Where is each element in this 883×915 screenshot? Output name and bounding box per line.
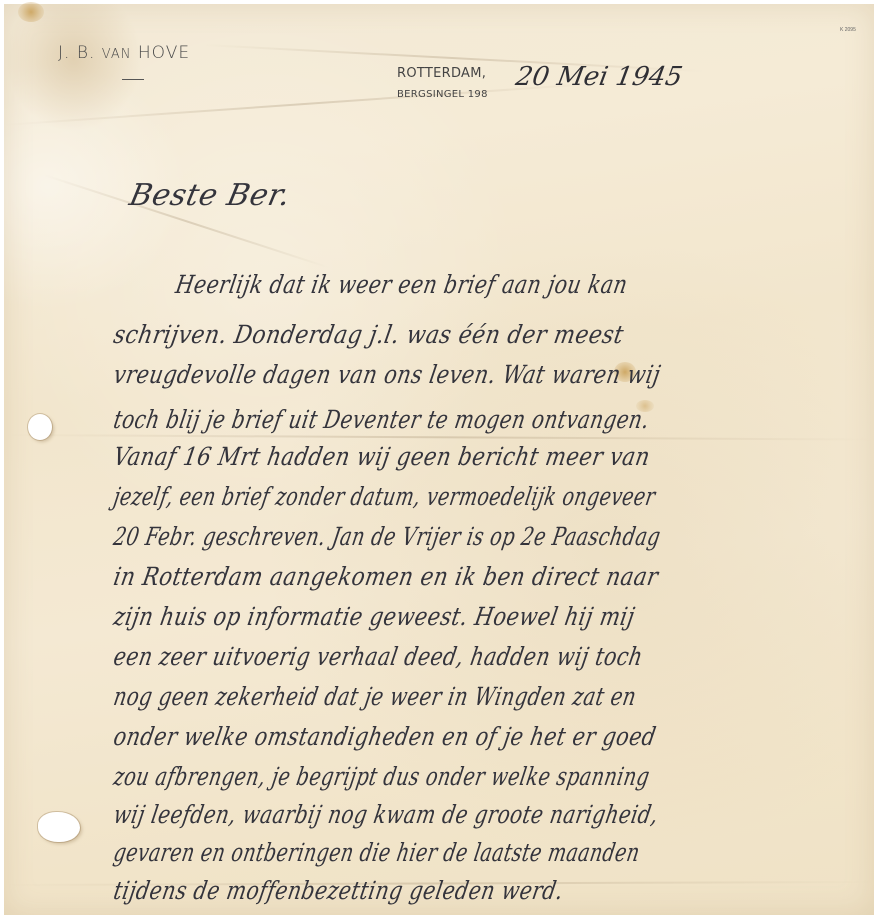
paper-stain <box>18 2 44 22</box>
letterhead-divider <box>122 79 144 80</box>
body-line: 20 Febr. geschreven. Jan de Vrijer is op… <box>111 522 662 551</box>
body-line: onder welke omstandigheden en of je het … <box>111 722 658 751</box>
body-line: schrijven. Donderdag j.l. was één der me… <box>111 320 626 349</box>
body-line: zou afbrengen, je begrijpt dus onder wel… <box>111 762 652 791</box>
body-line: wij leefden, waarbij nog kwam de groote … <box>111 800 660 829</box>
letterhead-name: J. B. VAN HOVE <box>58 43 190 63</box>
body-line: jezelf, een brief zonder datum, vermoede… <box>111 482 657 511</box>
salutation: Beste Ber. <box>126 178 293 213</box>
paper-crease <box>4 434 874 441</box>
body-line: een zeer uitvoerig verhaal deed, hadden … <box>111 642 645 671</box>
body-line: in Rotterdam aangekomen en ik ben direct… <box>111 562 660 591</box>
punch-hole <box>28 414 52 440</box>
body-line: vreugdevolle dagen van ons leven. Wat wa… <box>111 360 662 389</box>
letterhead-initials: J. B. <box>58 43 95 63</box>
punch-hole-torn <box>38 812 80 842</box>
reference-code: K 2095 <box>840 27 856 33</box>
letterhead-address: BERGSINGEL 198 <box>397 89 488 100</box>
scan-border-right <box>874 0 883 915</box>
body-line: Heerlijk dat ik weer een brief aan jou k… <box>173 270 630 299</box>
body-line: zijn huis op informatie geweest. Hoewel … <box>111 602 637 631</box>
body-line: toch blij je brief uit Deventer te mogen… <box>111 405 651 434</box>
body-line: Vanaf 16 Mrt hadden wij geen bericht mee… <box>111 442 652 471</box>
body-line: nog geen zekerheid dat je weer in Wingde… <box>111 682 638 711</box>
letter-date: 20 Mei 1945 <box>513 62 684 92</box>
letterhead-city: ROTTERDAM, <box>397 66 486 81</box>
body-line: gevaren en ontberingen die hier de laats… <box>111 838 642 867</box>
letterhead-van: VAN <box>102 47 132 62</box>
body-line: tijdens de moffenbezetting geleden werd. <box>111 876 565 905</box>
letterhead-surname: HOVE <box>138 43 190 63</box>
